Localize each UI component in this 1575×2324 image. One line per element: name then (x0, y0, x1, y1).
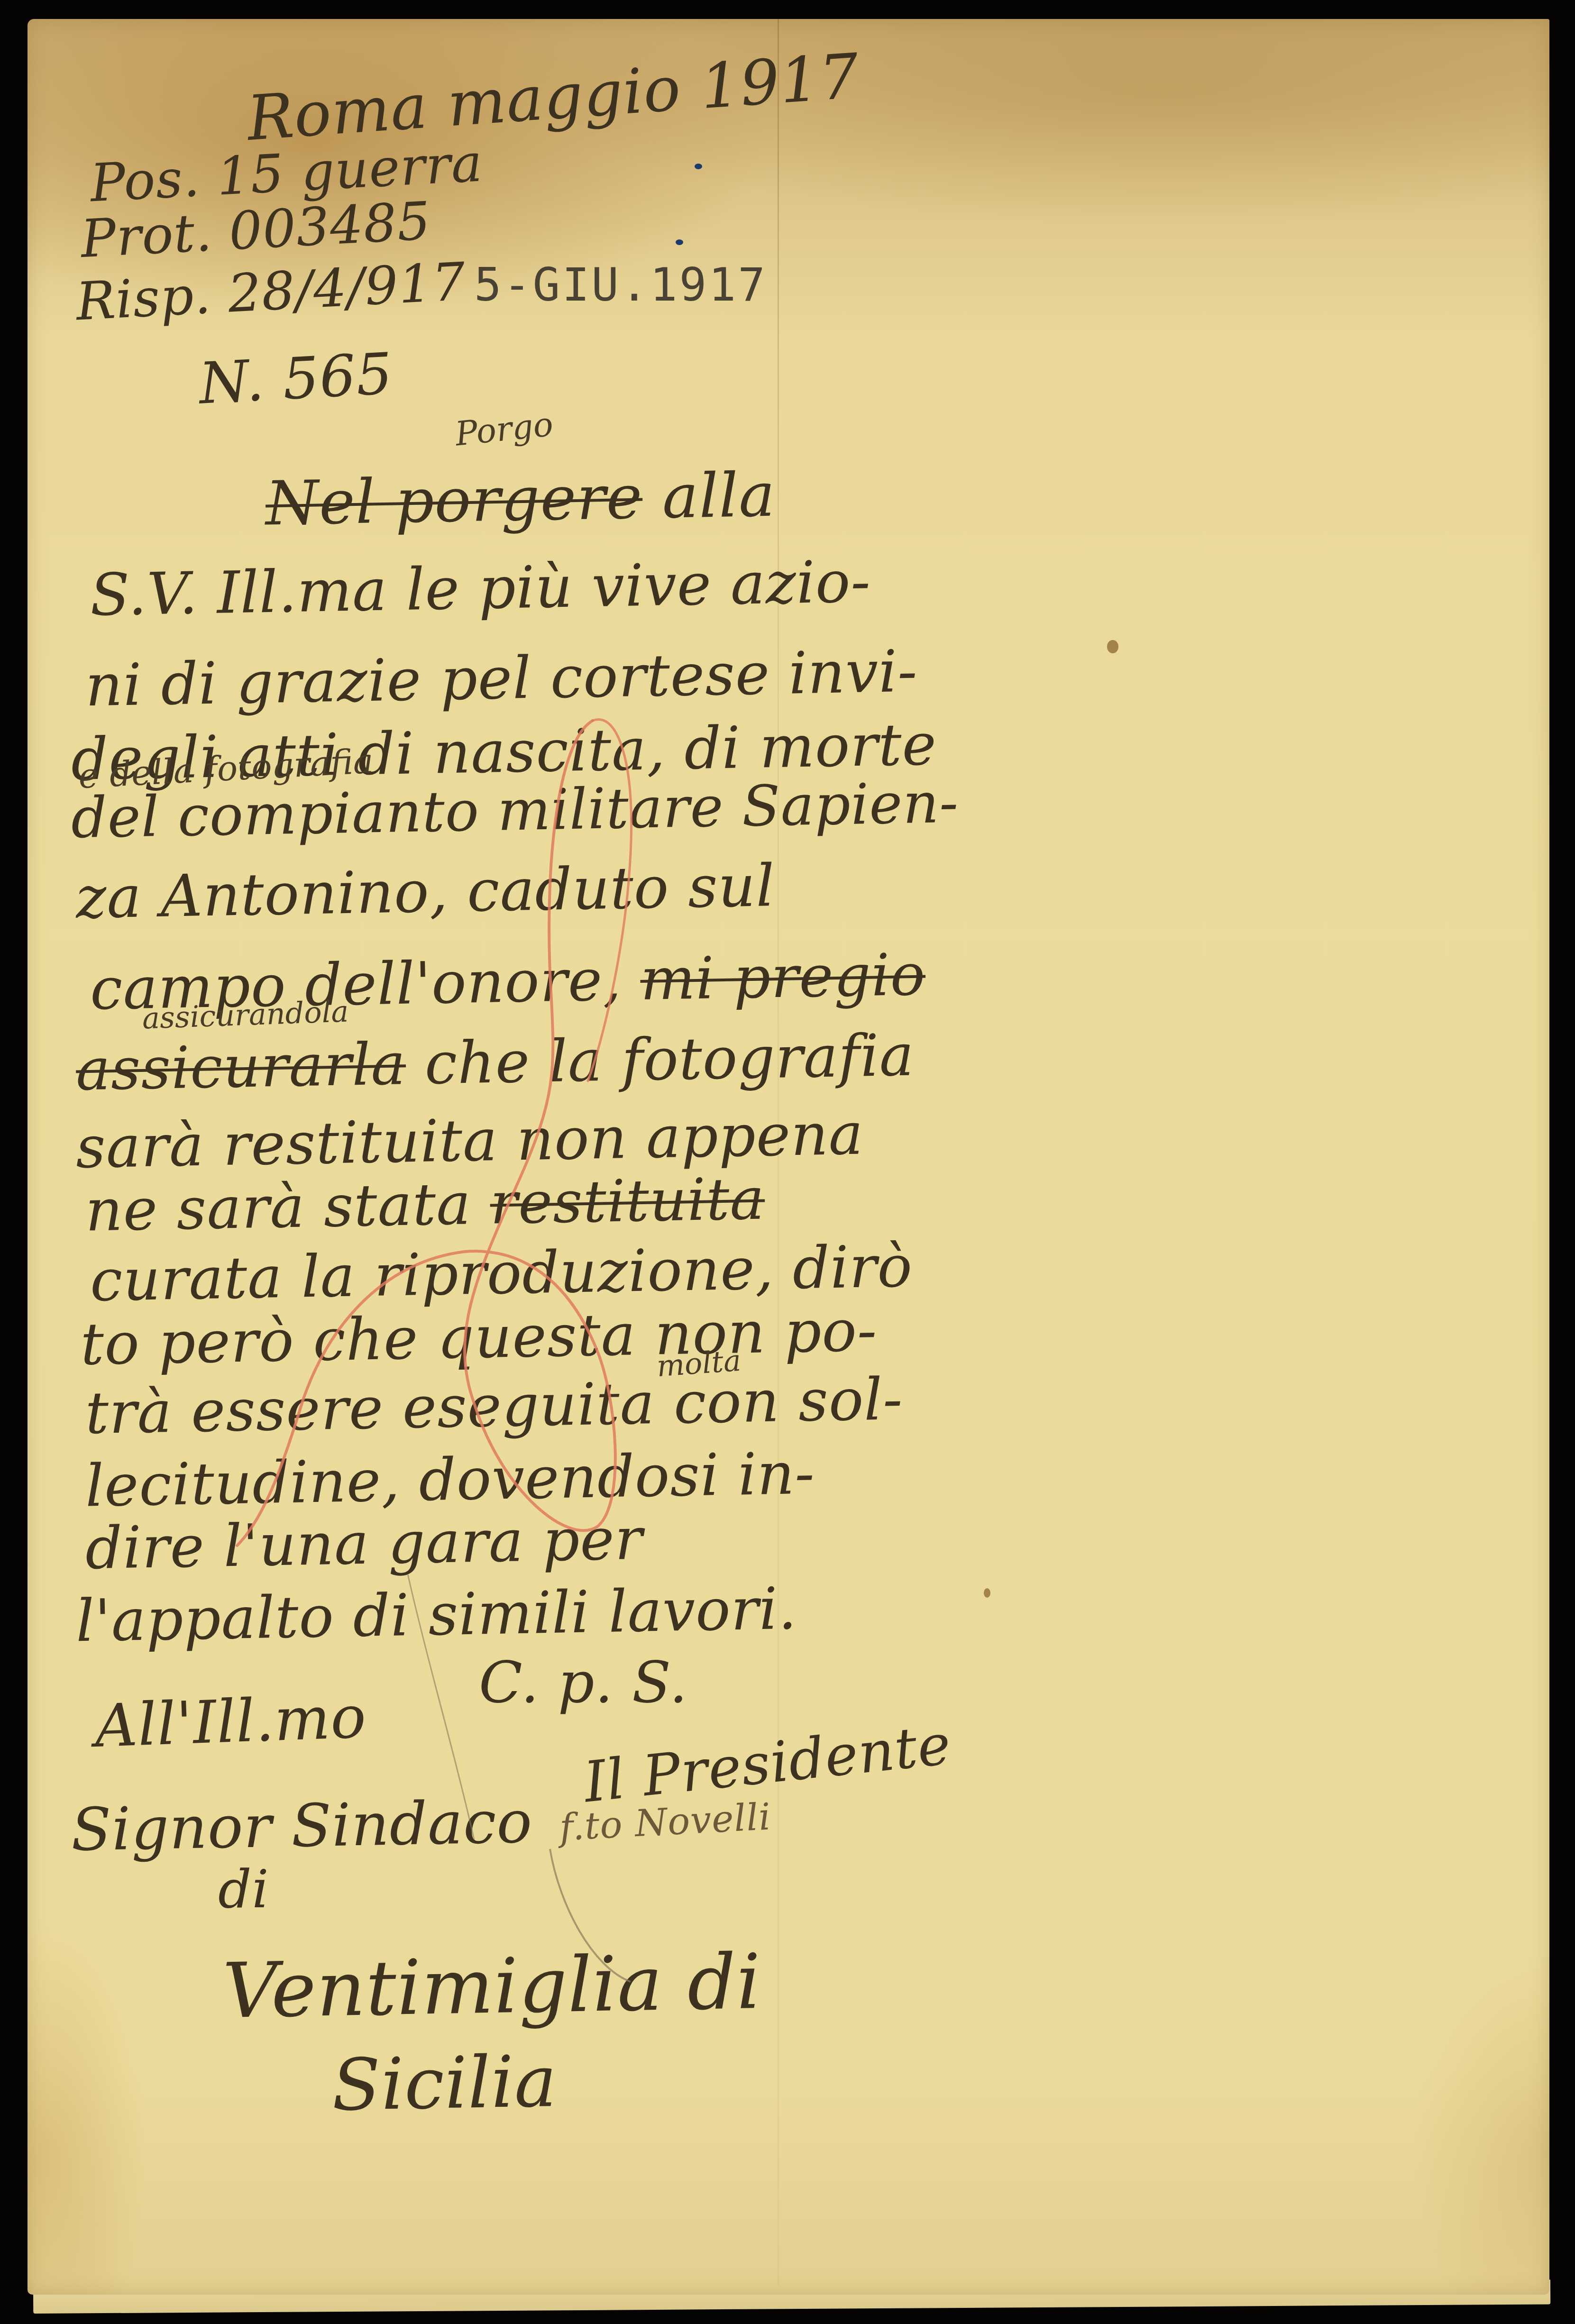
date-stamp: 5-GIU.1917 (474, 258, 767, 311)
stain-spot (1107, 640, 1118, 653)
body-line-14: lecitudine, dovendosi in- (85, 1445, 815, 1515)
letter-number: N. 565 (198, 346, 394, 412)
body-line-15: dire l'una gara per (85, 1510, 643, 1578)
body-line-6: za Antonino, caduto sul (75, 857, 775, 927)
signature-note: f.to Novelli (559, 1798, 772, 1846)
address-line-1: All'Ill.mo (94, 1688, 367, 1756)
closing-formula: C. p. S. (479, 1655, 688, 1711)
insertion-porgo: Porgo (454, 407, 555, 450)
body-line-2: S.V. Ill.ma le più vive azio- (90, 553, 871, 624)
body-line-10: ne sarà stata restituita (85, 1170, 765, 1240)
line-text: alla (662, 460, 776, 532)
body-line-12: to però che questa non po- (80, 1301, 878, 1373)
stain-spot (984, 1588, 990, 1598)
ink-spot (695, 164, 702, 169)
address-line-2: Signor Sindaco (71, 1793, 533, 1860)
ink-spot (676, 239, 683, 245)
line-text: ne sarà stata (85, 1170, 472, 1244)
body-line-16: l'appalto di simili lavori. (75, 1580, 797, 1650)
body-line-5: del compianto militare Sapien- (71, 775, 959, 846)
body-line-3: ni di grazie pel cortese invi- (85, 642, 918, 715)
address-line-4: Ventimiglia di (222, 1944, 762, 2029)
body-line-1: Nel porgere alla (265, 465, 776, 535)
address-line-3: di (218, 1863, 269, 1915)
line-text: che la fotografia (424, 1022, 915, 1098)
body-line-8: assicurarla che la fotografia (75, 1026, 915, 1099)
struck-text: Nel porgere (265, 462, 643, 540)
body-line-13: trà essere eseguita con sol- (85, 1370, 903, 1442)
struck-text: mi pregio (640, 941, 926, 1013)
address-line-5: Sicilia (331, 2046, 558, 2121)
insertion-assicurandola: assicurandola (142, 997, 349, 1033)
struck-text: restituita (489, 1165, 765, 1237)
struck-text: assicurarla (75, 1030, 406, 1103)
